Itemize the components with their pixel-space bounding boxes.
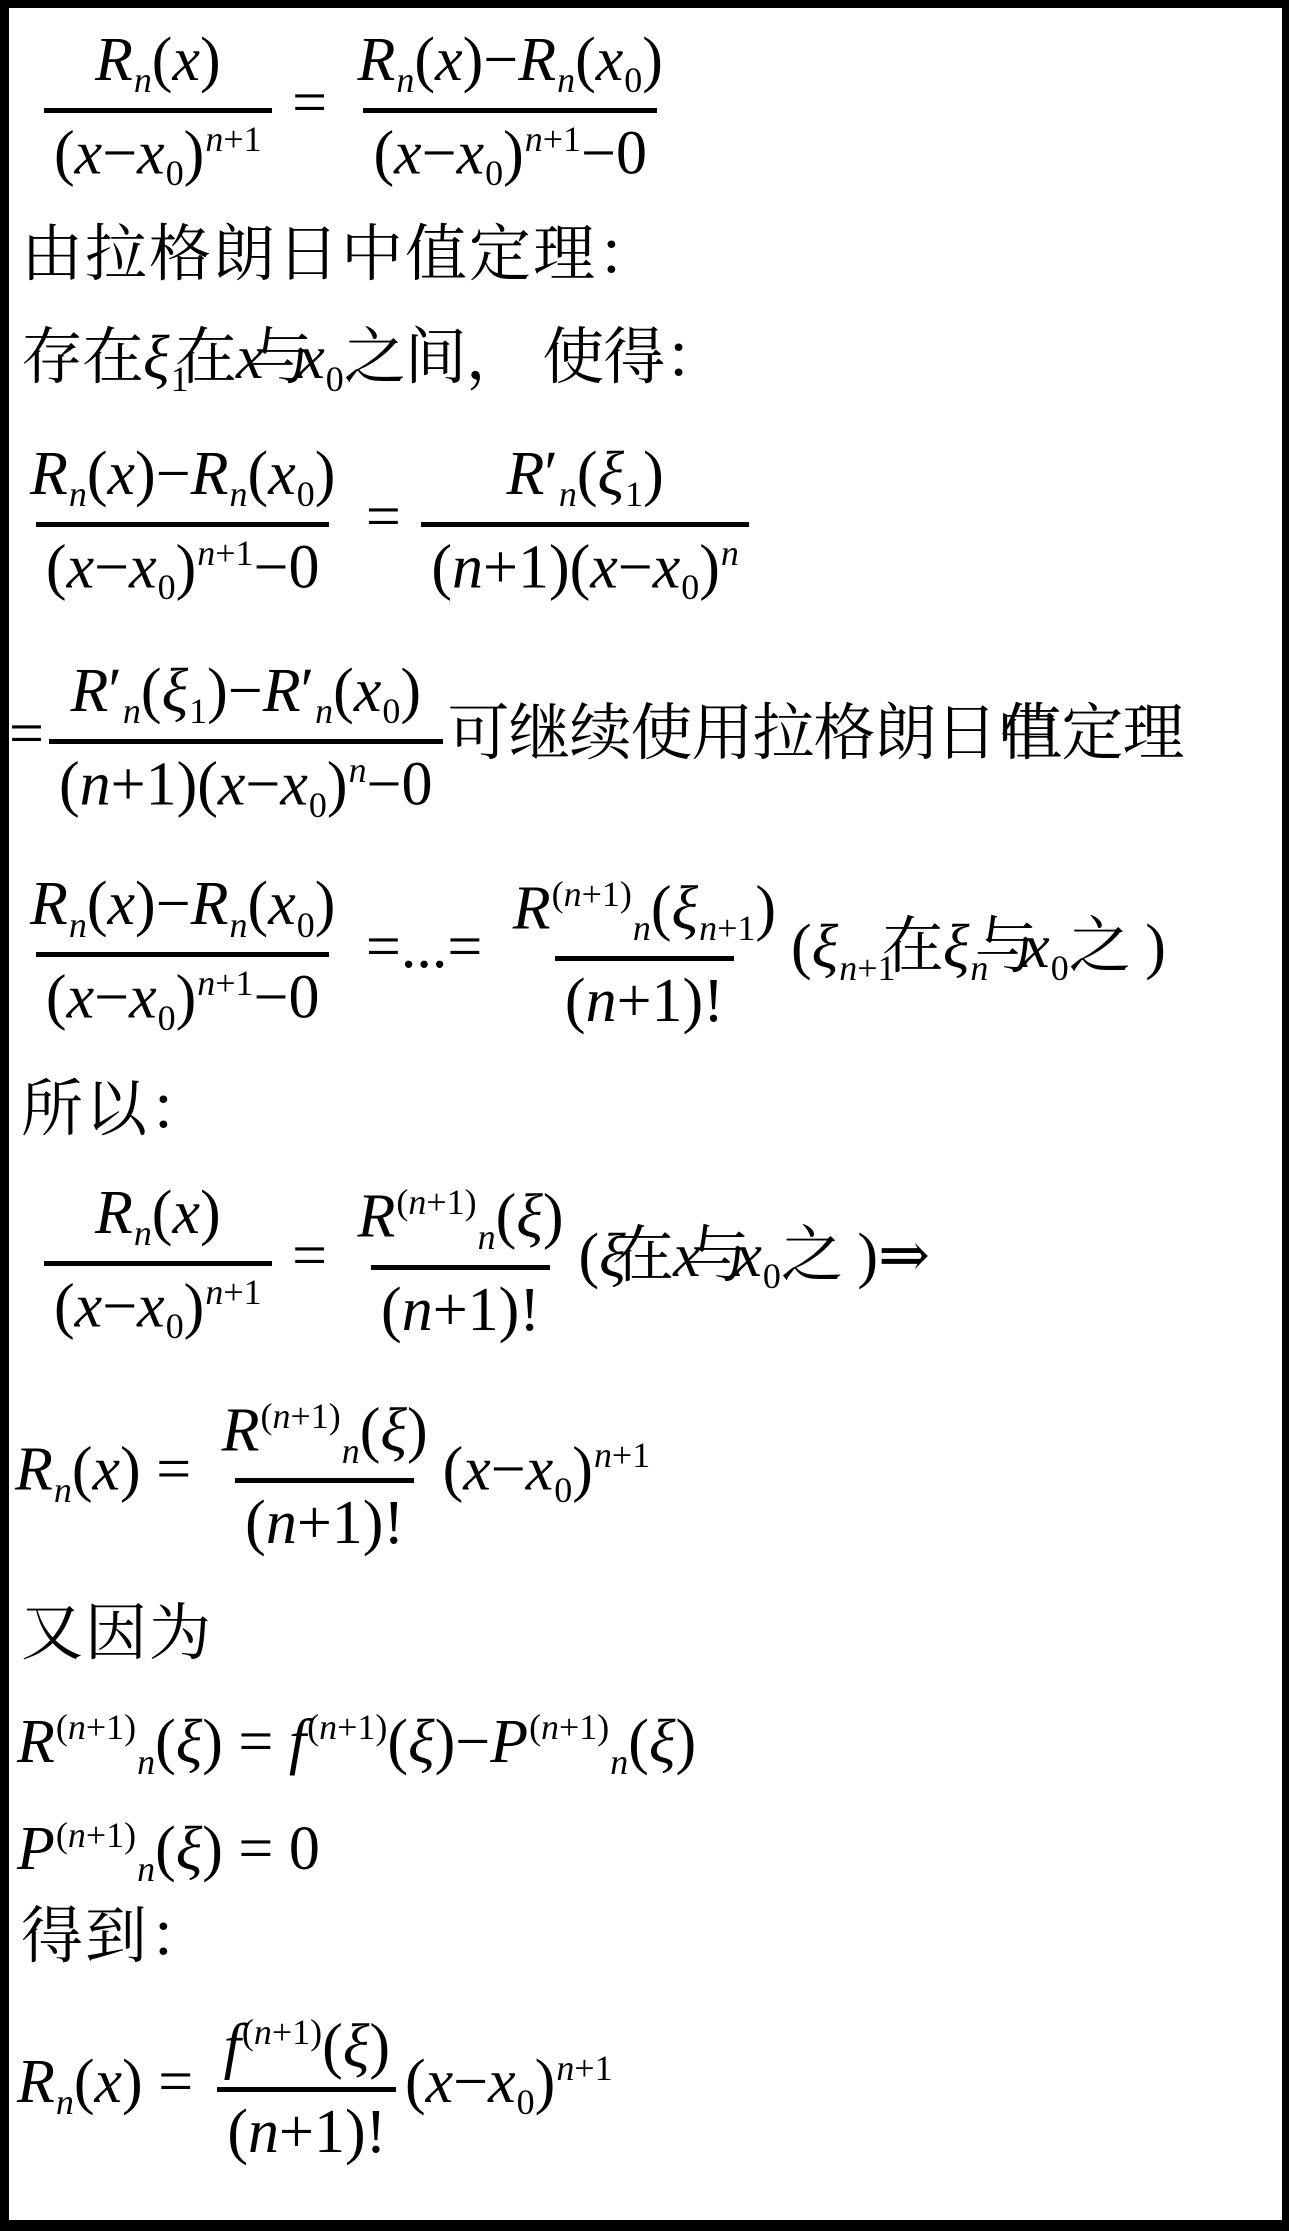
math-symbol: )	[543, 1183, 564, 1251]
subscript: 0	[763, 1256, 781, 1296]
math-variable: n	[408, 1182, 426, 1222]
math-symbol: )	[642, 26, 663, 94]
math-variable: ξ	[812, 913, 839, 981]
math-variable: x	[526, 1435, 554, 1503]
math-symbol: (	[431, 533, 452, 601]
math-symbol: 0	[1051, 948, 1069, 988]
math-symbol: )⇒	[842, 1222, 930, 1290]
math-variable: x	[129, 533, 157, 601]
math-variable: n	[402, 1276, 433, 1344]
math-symbol: )	[327, 750, 348, 818]
math-symbol: )	[755, 874, 776, 942]
math-symbol: 0	[681, 567, 699, 607]
math-variable: n	[197, 533, 215, 573]
math-variable: x	[590, 533, 618, 601]
math-symbol: ) =	[122, 2048, 209, 2116]
math-symbol: +1)!	[433, 1276, 540, 1344]
math-variable: n	[452, 533, 483, 601]
numerator: Rn(x)−Rn(x0)	[20, 866, 345, 952]
math-variable: x	[95, 2048, 123, 2116]
math-variable: n	[137, 1849, 155, 1889]
cjk-annotation: 在	[882, 913, 943, 981]
math-symbol: −	[453, 2048, 488, 2116]
superscript: n+1	[525, 119, 581, 159]
subscript: n	[557, 60, 575, 100]
math-symbol: (	[56, 1815, 68, 1855]
math-variable: R	[358, 26, 396, 94]
math-symbol: (	[414, 26, 435, 94]
math-variable: R	[222, 1396, 260, 1464]
math-symbol: )−	[207, 657, 263, 725]
math-variable: x	[457, 119, 485, 187]
math-variable: n	[230, 905, 248, 945]
math-symbol: 0	[554, 1470, 572, 1510]
subscript: n	[559, 474, 577, 514]
math-symbol: +1)!	[279, 2098, 386, 2166]
math-symbol: +1)	[86, 1707, 136, 1747]
math-symbol: (	[87, 440, 108, 508]
math-variable: n	[197, 963, 215, 1003]
math-symbol: )	[176, 964, 197, 1032]
math-symbol: −	[102, 119, 137, 187]
math-symbol: +1	[612, 1435, 650, 1475]
math-variable: R	[17, 2048, 55, 2116]
cjk-annotation: 之	[1069, 913, 1130, 981]
subscript: 0	[681, 567, 699, 607]
math-variable: x	[172, 1179, 200, 1247]
cjk-annotation: 使得：	[542, 324, 725, 392]
math-variable: n	[610, 1742, 628, 1782]
denominator: (n+1)!	[371, 1265, 550, 1345]
math-symbol: )	[400, 657, 421, 725]
superscript: (n+1)	[552, 874, 632, 914]
math-symbol: )	[407, 1396, 428, 1464]
math-variable: n	[564, 874, 582, 914]
math-variable: R	[506, 440, 544, 508]
math-symbol: (	[496, 1183, 517, 1251]
math-symbol: +1)	[337, 1707, 387, 1747]
denominator: (n+1)!	[217, 2087, 396, 2167]
math-variable: n	[68, 1707, 86, 1747]
fraction: R′n(ξ1)−R′n(x0)(n+1)(x−x0)n−0	[49, 653, 443, 826]
superscript: (n+1)	[56, 1707, 136, 1747]
subscript: n	[633, 908, 651, 948]
denominator: (x−x0)n+1−0	[36, 952, 330, 1039]
math-symbol: (	[46, 533, 67, 601]
math-variable: n	[839, 948, 857, 988]
math-symbol: +1	[215, 533, 253, 573]
math-symbol: (	[141, 657, 162, 725]
numerator: Rn(x)	[85, 22, 231, 108]
math-variable: n	[205, 1272, 223, 1312]
math-symbol: ) =	[120, 1435, 207, 1503]
subscript: 0	[1051, 948, 1069, 988]
math-variable: x	[488, 2048, 516, 2116]
math-symbol: (	[578, 1222, 599, 1290]
math-symbol: (	[72, 1435, 93, 1503]
math-symbol: (	[59, 750, 80, 818]
math-symbol: −0	[581, 119, 647, 187]
math-symbol: +1	[223, 119, 261, 159]
superscript: n+1	[556, 2048, 612, 2088]
math-variable: ξ	[143, 324, 170, 392]
math-symbol: +1)!	[617, 967, 724, 1035]
math-symbol: (	[628, 1708, 649, 1776]
superscript: (n+1)	[242, 2012, 322, 2052]
math-variable: R	[95, 1179, 133, 1247]
math-symbol: ′	[301, 657, 315, 725]
math-variable: R	[30, 870, 68, 938]
math-symbol: 0	[485, 153, 503, 193]
cjk-annotation: 可继续使用拉格朗日	[448, 700, 997, 768]
math-symbol: (	[360, 1396, 381, 1464]
math-variable: x	[653, 533, 681, 601]
math-symbol: (	[261, 1396, 273, 1436]
math-symbol: −	[94, 964, 129, 1032]
text-by-lagrange: 由拉格朗日中值定理：	[21, 219, 1289, 292]
subscript: 0	[382, 691, 400, 731]
math-variable: x	[108, 870, 136, 938]
math-symbol: (	[333, 657, 354, 725]
math-symbol: )	[176, 533, 197, 601]
math-symbol: ) = 0	[202, 1815, 320, 1883]
superscript: n	[349, 750, 367, 790]
math-symbol: )	[675, 1708, 696, 1776]
math-symbol: 0	[382, 691, 400, 731]
eq-ratio-result: Rn(x)(x−x0)n+1 = R(n+1)n(ξ)(n+1)!(ξ在x与x0…	[39, 1175, 1289, 1348]
math-variable: x	[75, 119, 103, 187]
math-variable: ξ	[672, 874, 699, 942]
math-symbol: (	[791, 913, 812, 981]
math-variable: ξ	[176, 1815, 203, 1883]
numerator: R′n(ξ1)−R′n(x0)	[60, 653, 431, 739]
math-symbol: 0	[517, 2082, 535, 2122]
math-symbol: 0	[309, 785, 327, 825]
subscript: 0	[326, 359, 344, 399]
subscript: 0	[166, 1306, 184, 1346]
subscript: n	[315, 691, 333, 731]
math-symbol: )	[643, 440, 664, 508]
math-variable: n	[273, 1396, 291, 1436]
math-symbol: +1	[717, 908, 755, 948]
math-symbol: (	[46, 964, 67, 1032]
subscript: n	[56, 2082, 74, 2122]
math-variable: n	[230, 474, 248, 514]
eq-first-mvt: Rn(x)−Rn(x0)(x−x0)n+1−0 = R′n(ξ1)(n+1)(x…	[15, 436, 1289, 609]
superscript: n+1	[205, 1272, 261, 1312]
subscript: 0	[166, 153, 184, 193]
numerator: Rn(x)	[85, 1175, 231, 1261]
math-variable: R	[15, 1435, 53, 1503]
math-variable: n	[54, 1470, 72, 1510]
math-variable: n	[69, 905, 87, 945]
superscript: n+1	[205, 119, 261, 159]
math-symbol: (	[56, 1707, 68, 1747]
denominator: (x−x0)n+1	[44, 1261, 272, 1348]
math-variable: R	[518, 26, 556, 94]
math-symbol: (	[443, 1435, 464, 1503]
math-variable: ξ	[343, 2012, 370, 2080]
subscript: n	[478, 1217, 496, 1257]
math-symbol: (	[552, 874, 564, 914]
superscript: (n+1)	[307, 1707, 387, 1747]
math-symbol: 1	[625, 474, 643, 514]
denominator: (x−x0)n+1−0	[36, 522, 330, 609]
math-symbol: −	[422, 119, 457, 187]
math-variable: x	[297, 324, 325, 392]
math-symbol: 0	[624, 60, 642, 100]
subscript: 0	[485, 153, 503, 193]
math-symbol: +1)	[426, 1182, 476, 1222]
math-symbol: )	[184, 1272, 205, 1340]
math-variable: n	[349, 750, 367, 790]
subscript: 0	[158, 998, 176, 1038]
denominator: (n+1)(x−x0)n−0	[49, 739, 443, 826]
cjk-annotation: 值定理	[1001, 700, 1184, 768]
math-symbol: +1)	[86, 1815, 136, 1855]
math-symbol: +1)	[582, 874, 632, 914]
denominator: (n+1)(x−x0)n	[421, 522, 749, 609]
math-symbol: −	[102, 1272, 137, 1340]
math-variable: ξ	[380, 1396, 407, 1464]
math-variable: R	[95, 26, 133, 94]
math-symbol: )	[535, 2048, 556, 2116]
math-symbol: +1)(	[483, 533, 590, 601]
math-symbol: 0	[326, 359, 344, 399]
subscript: 0	[297, 905, 315, 945]
eq-rn-expression: Rn(x) = R(n+1)n(ξ)(n+1)!(x−x0)n+1	[15, 1392, 1289, 1558]
math-symbol: (	[248, 870, 269, 938]
math-symbol: (	[396, 1182, 408, 1222]
subscript: 0	[158, 567, 176, 607]
subscript: 0	[517, 2082, 535, 2122]
math-variable: n	[69, 474, 87, 514]
cjk-annotation: 存在	[21, 324, 143, 392]
math-variable: R	[17, 1708, 55, 1776]
eq-r-derivative: R(n+1)n(ξ) = f(n+1)(ξ)−P(n+1)n(ξ)	[17, 1706, 1289, 1784]
math-symbol: ′	[108, 657, 122, 725]
math-variable: x	[435, 26, 463, 94]
math-symbol: (	[381, 1276, 402, 1344]
cjk-annotation: 在	[612, 1222, 673, 1290]
math-symbol: )	[315, 870, 336, 938]
fraction: Rn(x)−Rn(x0)(x−x0)n+1−0	[20, 866, 345, 1039]
math-symbol: (	[565, 967, 586, 1035]
subscript: n	[610, 1742, 628, 1782]
math-symbol: (	[155, 1708, 176, 1776]
math-symbol: =	[350, 483, 416, 551]
superscript: n	[721, 533, 739, 573]
subscript: n+1	[699, 908, 755, 948]
math-symbol: )	[1130, 913, 1166, 981]
numerator: R′n(ξ1)	[496, 436, 673, 522]
math-variable: R	[30, 440, 68, 508]
subscript: n	[54, 1470, 72, 1510]
fraction: Rn(x)(x−x0)n+1	[44, 22, 272, 195]
math-symbol: (	[152, 1179, 173, 1247]
denominator: (x−x0)n+1−0	[363, 108, 657, 195]
subscript: 0	[297, 474, 315, 514]
math-symbol: +1)	[291, 1396, 341, 1436]
math-variable: n	[123, 691, 141, 731]
math-variable: R	[513, 874, 551, 942]
fraction: f(n+1)(ξ)(n+1)!	[214, 2008, 400, 2167]
math-variable: n	[525, 119, 543, 159]
cjk-annotation: 在	[175, 324, 236, 392]
math-variable: x	[67, 964, 95, 1032]
math-variable: ξ	[176, 1708, 203, 1776]
math-symbol: ) =	[202, 1708, 289, 1776]
math-symbol: (	[242, 2012, 254, 2052]
numerator: R(n+1)n(ξ)	[348, 1178, 574, 1264]
math-symbol: )	[184, 119, 205, 187]
fraction: Rn(x)−Rn(x0)(x−x0)n+1−0	[348, 22, 673, 195]
math-symbol: )	[315, 440, 336, 508]
math-variable: x	[734, 1222, 762, 1290]
numerator: f(n+1)(ξ)	[214, 2008, 400, 2087]
math-variable: ξ	[162, 657, 189, 725]
fraction: R(n+1)n(ξ)(n+1)!	[212, 1392, 438, 1558]
math-symbol: +1)	[272, 2012, 322, 2052]
subscript: 0	[554, 1470, 572, 1510]
math-symbol: +1)(	[111, 750, 218, 818]
numerator: R(n+1)n(ξn+1)	[503, 870, 786, 956]
subscript: 0	[624, 60, 642, 100]
math-variable: n	[541, 1707, 559, 1747]
math-symbol: +1	[215, 963, 253, 1003]
math-symbol: (	[529, 1707, 541, 1747]
eq-second-mvt: =R′n(ξ1)−R′n(x0)(n+1)(x−x0)n−0可继续使用拉格朗日中…	[9, 653, 1289, 826]
math-symbol: (	[245, 1489, 266, 1557]
math-variable: n	[254, 2012, 272, 2052]
math-variable: x	[426, 2048, 454, 2116]
math-variable: ξ	[649, 1708, 676, 1776]
subscript: 0	[309, 785, 327, 825]
math-variable: n	[315, 691, 333, 731]
math-variable: x	[137, 1272, 165, 1340]
math-variable: n	[205, 119, 223, 159]
math-variable: x	[463, 1435, 491, 1503]
math-symbol: (	[575, 26, 596, 94]
subscript: n	[69, 474, 87, 514]
math-symbol: 1	[189, 691, 207, 731]
math-variable: x	[218, 750, 246, 818]
fraction: R′n(ξ1)(n+1)(x−x0)n	[421, 436, 749, 609]
math-symbol: 0	[158, 567, 176, 607]
superscript: n+1	[197, 963, 253, 1003]
math-variable: n	[633, 908, 651, 948]
subscript: n	[230, 474, 248, 514]
math-variable: x	[394, 119, 422, 187]
math-symbol: )−	[135, 870, 191, 938]
math-symbol: +1)	[559, 1707, 609, 1747]
math-symbol: =...=	[350, 913, 497, 981]
math-variable: n	[134, 1213, 152, 1253]
cjk-annotation: 之间，	[344, 324, 527, 392]
text-obtain: 得到：	[21, 1901, 1289, 1974]
subscript: n	[137, 1742, 155, 1782]
math-symbol: (	[248, 440, 269, 508]
math-variable: ξ	[598, 440, 625, 508]
math-variable: x	[172, 26, 200, 94]
math-variable: n	[319, 1707, 337, 1747]
text-also-because: 又因为	[21, 1598, 1289, 1671]
math-symbol: =	[9, 700, 44, 768]
subscript: n	[230, 905, 248, 945]
math-symbol: 0	[158, 998, 176, 1038]
subscript: n	[123, 691, 141, 731]
math-variable: x	[93, 1435, 121, 1503]
math-variable: n	[80, 750, 111, 818]
math-variable: n	[248, 2098, 279, 2166]
math-symbol: )	[369, 2012, 390, 2080]
text-therefore: 所以：	[21, 1074, 1289, 1147]
math-variable: n	[68, 1815, 86, 1855]
math-symbol: (	[577, 440, 598, 508]
math-variable: n	[594, 1435, 612, 1475]
math-variable: n	[556, 2048, 574, 2088]
math-variable: x	[75, 1272, 103, 1340]
math-variable: n	[134, 60, 152, 100]
math-symbol: −0	[253, 964, 319, 1032]
subscript: n	[69, 905, 87, 945]
math-symbol: (	[405, 2048, 426, 2116]
math-symbol: −0	[367, 750, 433, 818]
subscript: n	[396, 60, 414, 100]
superscript: n+1	[197, 533, 253, 573]
math-symbol: )−	[135, 440, 191, 508]
subscript: 1	[189, 691, 207, 731]
subscript: n	[134, 60, 152, 100]
eq-final: Rn(x) = f(n+1)(ξ)(n+1)!(x−x0)n+1	[17, 2008, 1289, 2167]
denominator: (n+1)!	[555, 956, 734, 1036]
subscript: n	[134, 1213, 152, 1253]
math-symbol: −	[618, 533, 653, 601]
subscript: 1	[625, 474, 643, 514]
fraction: Rn(x)−Rn(x0)(x−x0)n+1−0	[20, 436, 345, 609]
math-symbol: +1	[574, 2048, 612, 2088]
math-symbol: )	[503, 119, 524, 187]
math-symbol: )−	[463, 26, 519, 94]
math-variable: x	[268, 440, 296, 508]
eq-ratio-def: Rn(x)(x−x0)n+1 = Rn(x)−Rn(x0)(x−x0)n+1−0	[39, 22, 1289, 195]
math-variable: R	[70, 657, 108, 725]
denominator: (x−x0)n+1	[44, 108, 272, 195]
math-variable: x	[129, 964, 157, 1032]
math-variable: ξ	[408, 1708, 435, 1776]
subscript: n	[137, 1849, 155, 1889]
math-symbol: (	[74, 2048, 95, 2116]
math-variable: x	[1022, 913, 1050, 981]
math-symbol: 0	[166, 1306, 184, 1346]
math-variable: n	[266, 1489, 297, 1557]
math-variable: x	[67, 533, 95, 601]
math-symbol: 0	[297, 474, 315, 514]
math-symbol: (	[373, 119, 394, 187]
math-symbol: )	[572, 1435, 593, 1503]
math-symbol: =	[277, 1222, 343, 1290]
math-symbol: (	[155, 1815, 176, 1883]
superscript: (n+1)	[529, 1707, 609, 1747]
math-symbol: =	[277, 69, 343, 137]
math-variable: n	[342, 1431, 360, 1471]
math-symbol: (	[307, 1707, 319, 1747]
math-symbol: (	[152, 26, 173, 94]
superscript: (n+1)	[396, 1182, 476, 1222]
math-symbol: +1	[223, 1272, 261, 1312]
math-symbol: )	[200, 26, 221, 94]
math-symbol: 0	[297, 905, 315, 945]
